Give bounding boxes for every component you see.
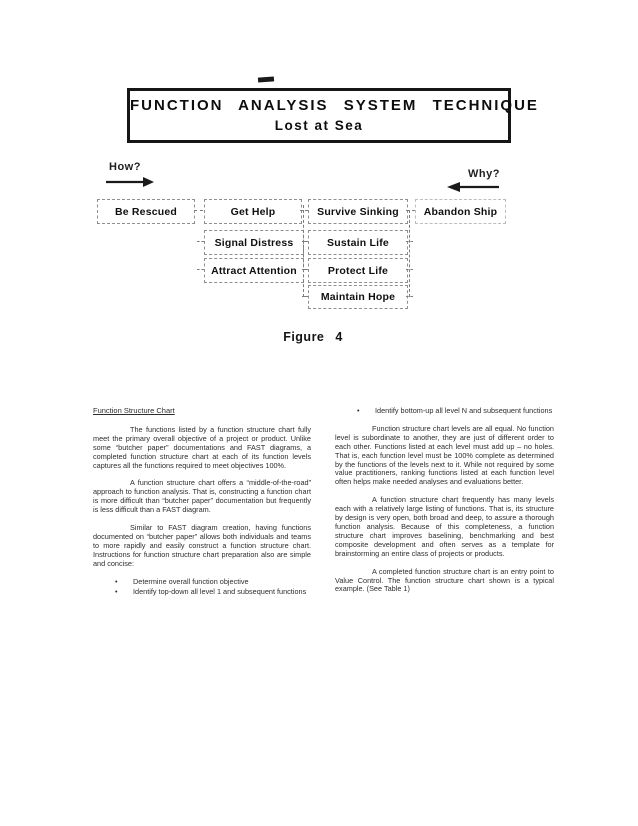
bullet-icon: • bbox=[115, 588, 133, 597]
function-box-maintain-hope: Maintain Hope bbox=[308, 285, 408, 309]
function-box-attract-attention: Attract Attention bbox=[204, 258, 304, 283]
figure-title-box: FUNCTION ANALYSIS SYSTEM TECHNIQUE Lost … bbox=[127, 88, 511, 143]
connector-line bbox=[406, 210, 415, 211]
function-box-label: Attract Attention bbox=[211, 265, 297, 277]
paragraph: A function structure chart offers a “mid… bbox=[93, 479, 311, 515]
function-box-label: Sustain Life bbox=[327, 237, 389, 249]
function-box-abandon-ship: Abandon Ship bbox=[415, 199, 506, 224]
function-box-label: Abandon Ship bbox=[424, 206, 498, 218]
function-box-be-rescued: Be Rescued bbox=[97, 199, 195, 224]
connector-line bbox=[409, 210, 410, 297]
function-box-label: Get Help bbox=[231, 206, 276, 218]
connector-line bbox=[303, 205, 304, 297]
paragraph: The functions listed by a function struc… bbox=[93, 426, 311, 471]
paragraph: A completed function structure chart is … bbox=[335, 568, 554, 595]
bullet-list: • Determine overall function objective •… bbox=[93, 578, 311, 597]
list-item-text: Determine overall function objective bbox=[133, 578, 311, 587]
function-box-get-help: Get Help bbox=[204, 199, 302, 224]
list-item: • Determine overall function objective bbox=[93, 578, 311, 587]
bullet-icon: • bbox=[115, 578, 133, 587]
connector-line bbox=[197, 269, 204, 270]
function-box-sustain-life: Sustain Life bbox=[308, 230, 408, 255]
list-item: • Identify top-down all level 1 and subs… bbox=[93, 588, 311, 597]
function-box-signal-distress: Signal Distress bbox=[204, 230, 304, 255]
function-box-survive-sinking: Survive Sinking bbox=[308, 199, 408, 224]
why-label: Why? bbox=[468, 168, 500, 180]
paragraph: A function structure chart frequently ha… bbox=[335, 496, 554, 558]
connector-line bbox=[300, 210, 308, 211]
function-box-label: Maintain Hope bbox=[321, 291, 395, 303]
function-box-label: Protect Life bbox=[328, 265, 388, 277]
function-box-label: Be Rescued bbox=[115, 206, 177, 218]
why-arrow-icon bbox=[447, 180, 499, 198]
list-item-text: Identify top-down all level 1 and subseq… bbox=[133, 588, 311, 597]
connector-line bbox=[194, 210, 203, 211]
figure-caption: Figure 4 bbox=[248, 330, 378, 344]
list-item-text: Identify bottom-up all level N and subse… bbox=[375, 407, 554, 416]
scanned-document-page: FUNCTION ANALYSIS SYSTEM TECHNIQUE Lost … bbox=[0, 0, 638, 826]
figure-subtitle: Lost at Sea bbox=[130, 118, 508, 133]
bullet-list: • Identify bottom-up all level N and sub… bbox=[335, 407, 554, 416]
how-label: How? bbox=[109, 161, 141, 173]
scan-artifact-mark bbox=[258, 76, 274, 82]
list-item: • Identify bottom-up all level N and sub… bbox=[335, 407, 554, 416]
section-heading: Function Structure Chart bbox=[93, 407, 311, 416]
figure-title: FUNCTION ANALYSIS SYSTEM TECHNIQUE bbox=[130, 97, 508, 114]
function-box-label: Signal Distress bbox=[215, 237, 294, 249]
body-left-column: Function Structure Chart The functions l… bbox=[93, 407, 311, 605]
function-box-label: Survive Sinking bbox=[317, 206, 399, 218]
connector-line bbox=[197, 241, 204, 242]
paragraph: Similar to FAST diagram creation, having… bbox=[93, 524, 311, 569]
paragraph: Function structure chart levels are all … bbox=[335, 425, 554, 487]
function-box-protect-life: Protect Life bbox=[308, 258, 408, 283]
how-arrow-icon bbox=[106, 175, 154, 193]
body-right-column: • Identify bottom-up all level N and sub… bbox=[335, 407, 554, 603]
bullet-icon: • bbox=[357, 407, 375, 416]
